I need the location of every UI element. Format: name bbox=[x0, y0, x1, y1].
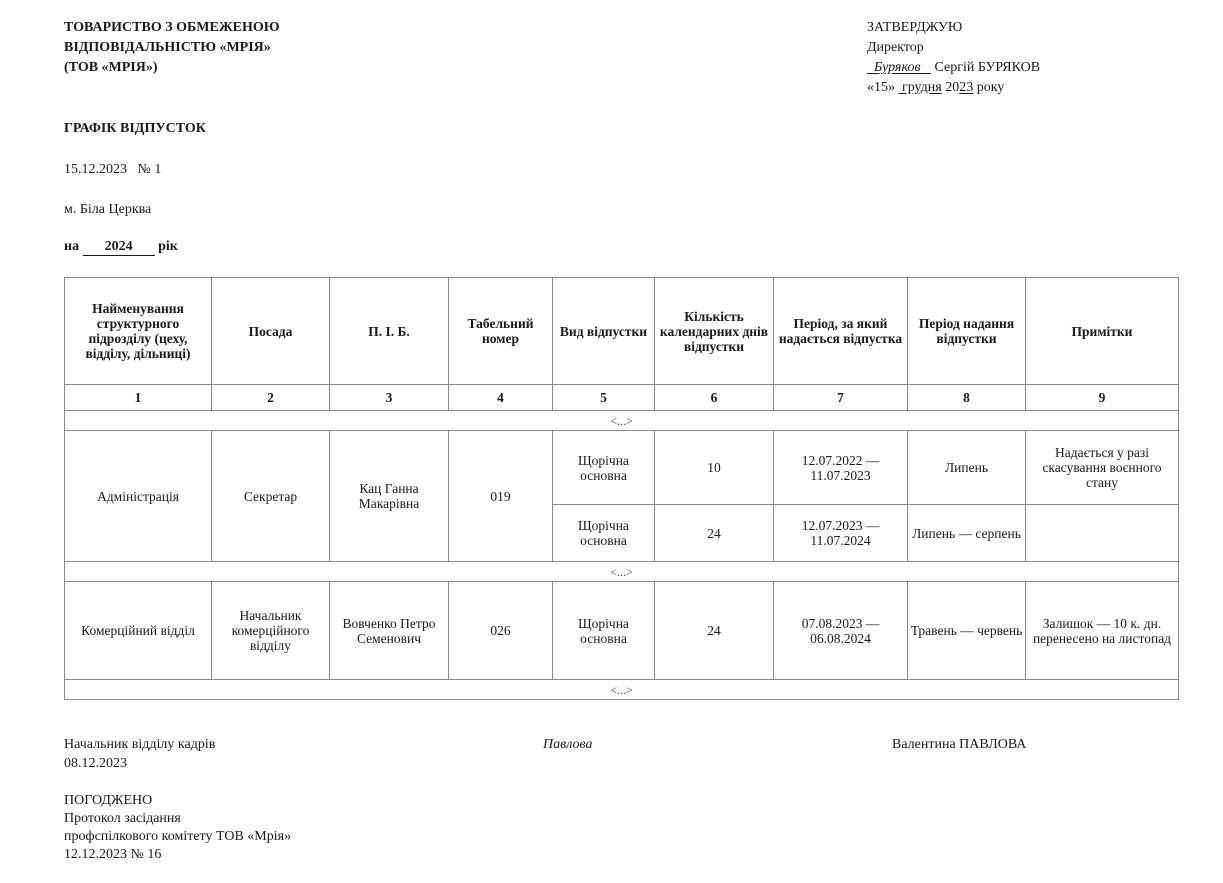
hr-date: 08.12.2023 bbox=[64, 754, 215, 773]
cell-position: Секретар bbox=[212, 431, 330, 562]
document-title: ГРАФІК ВІДПУСТОК bbox=[64, 119, 206, 139]
approval-signature-line: Буряков Сергій БУРЯКОВ bbox=[867, 58, 1040, 78]
cell-days: 10 bbox=[655, 431, 774, 505]
schedule-year: на 2024 рік bbox=[64, 237, 178, 257]
cell-notes bbox=[1026, 505, 1179, 562]
cell-period-granted: Травень — червень bbox=[908, 582, 1026, 680]
column-number: 2 bbox=[212, 385, 330, 411]
cell-period-for: 12.07.2023 — 11.07.2024 bbox=[774, 505, 908, 562]
vacation-schedule-table: Найменування структурного підрозділу (це… bbox=[64, 277, 1179, 700]
header-period-granted: Період надання відпустки bbox=[908, 278, 1026, 385]
cell-department: Адміністрація bbox=[65, 431, 212, 562]
document-number: № 1 bbox=[138, 162, 162, 177]
director-signature: Буряков bbox=[867, 60, 931, 75]
hr-position: Начальник відділу кадрів bbox=[64, 735, 215, 754]
column-number: 9 bbox=[1026, 385, 1179, 411]
column-number: 6 bbox=[655, 385, 774, 411]
ellipsis-cell: <...> bbox=[65, 562, 1179, 582]
column-number: 5 bbox=[553, 385, 655, 411]
director-name: Сергій БУРЯКОВ bbox=[935, 60, 1041, 75]
cell-period-for: 12.07.2022 — 11.07.2023 bbox=[774, 431, 908, 505]
header-period-for: Період, за який надається відпустка bbox=[774, 278, 908, 385]
agreed-block: ПОГОДЖЕНО Протокол засідання профспілков… bbox=[64, 792, 291, 864]
cell-department: Комерційний відділ bbox=[65, 582, 212, 680]
approval-date: «15» грудня 2023 року bbox=[867, 78, 1040, 98]
cell-period-granted: Липень — серпень bbox=[908, 505, 1026, 562]
cell-personnel-number: 019 bbox=[449, 431, 553, 562]
header-leave-type: Вид відпустки bbox=[553, 278, 655, 385]
hr-signatory: Начальник відділу кадрів 08.12.2023 bbox=[64, 735, 215, 773]
year-value: 2024 bbox=[83, 239, 155, 256]
cell-personnel-number: 026 bbox=[449, 582, 553, 680]
cell-period-granted: Липень bbox=[908, 431, 1026, 505]
org-line: (ТОВ «МРІЯ») bbox=[64, 58, 280, 78]
cell-period-for: 07.08.2023 — 06.08.2024 bbox=[774, 582, 908, 680]
column-number: 3 bbox=[330, 385, 449, 411]
header-department: Найменування структурного підрозділу (це… bbox=[65, 278, 212, 385]
column-number: 1 bbox=[65, 385, 212, 411]
approval-block: ЗАТВЕРДЖУЮ Директор Буряков Сергій БУРЯК… bbox=[867, 18, 1040, 98]
header-notes: Примітки bbox=[1026, 278, 1179, 385]
cell-days: 24 bbox=[655, 505, 774, 562]
cell-notes: Надається у разі скасування воєнного ста… bbox=[1026, 431, 1179, 505]
header-full-name: П. І. Б. bbox=[330, 278, 449, 385]
header-position: Посада bbox=[212, 278, 330, 385]
cell-position: Начальник комерційного відділу bbox=[212, 582, 330, 680]
cell-days: 24 bbox=[655, 582, 774, 680]
approval-position: Директор bbox=[867, 38, 1040, 58]
cell-leave-type: Щорічна основна bbox=[553, 505, 655, 562]
approval-label: ЗАТВЕРДЖУЮ bbox=[867, 18, 1040, 38]
agreed-line: профспілкового комітету ТОВ «Мрія» bbox=[64, 828, 291, 846]
header-days: Кількість календарних днів відпустки bbox=[655, 278, 774, 385]
agreed-line: Протокол засідання bbox=[64, 810, 291, 828]
cell-notes: Залишок — 10 к. дн. перенесено на листоп… bbox=[1026, 582, 1179, 680]
approval-month: грудня bbox=[899, 80, 942, 95]
cell-leave-type: Щорічна основна bbox=[553, 582, 655, 680]
agreed-label: ПОГОДЖЕНО bbox=[64, 792, 291, 810]
header-personnel-number: Табельний номер bbox=[449, 278, 553, 385]
organization-name: ТОВАРИСТВО З ОБМЕЖЕНОЮ ВІДПОВІДАЛЬНІСТЮ … bbox=[64, 18, 280, 78]
column-number: 4 bbox=[449, 385, 553, 411]
ellipsis-cell: <...> bbox=[65, 680, 1179, 700]
hr-signature: Павлова bbox=[543, 735, 592, 754]
org-line: ТОВАРИСТВО З ОБМЕЖЕНОЮ bbox=[64, 18, 280, 38]
agreed-line: 12.12.2023 № 16 bbox=[64, 846, 291, 864]
cell-leave-type: Щорічна основна bbox=[553, 431, 655, 505]
document-city: м. Біла Церква bbox=[64, 200, 151, 220]
column-number-row: 1 2 3 4 5 6 7 8 9 bbox=[65, 385, 1179, 411]
table-row: Адміністрація Секретар Кац Ганна Макарів… bbox=[65, 431, 1179, 505]
table-header-row: Найменування структурного підрозділу (це… bbox=[65, 278, 1179, 385]
column-number: 7 bbox=[774, 385, 908, 411]
document-date: 15.12.2023 bbox=[64, 162, 127, 177]
org-line: ВІДПОВІДАЛЬНІСТЮ «МРІЯ» bbox=[64, 38, 280, 58]
document-date-number: 15.12.2023 № 1 bbox=[64, 160, 161, 180]
cell-full-name: Вовченко Петро Семенович bbox=[330, 582, 449, 680]
hr-name: Валентина ПАВЛОВА bbox=[892, 735, 1026, 754]
ellipsis-cell: <...> bbox=[65, 411, 1179, 431]
ellipsis-row: <...> bbox=[65, 680, 1179, 700]
ellipsis-row: <...> bbox=[65, 411, 1179, 431]
column-number: 8 bbox=[908, 385, 1026, 411]
ellipsis-row: <...> bbox=[65, 562, 1179, 582]
table-row: Комерційний відділ Начальник комерційног… bbox=[65, 582, 1179, 680]
cell-full-name: Кац Ганна Макарівна bbox=[330, 431, 449, 562]
